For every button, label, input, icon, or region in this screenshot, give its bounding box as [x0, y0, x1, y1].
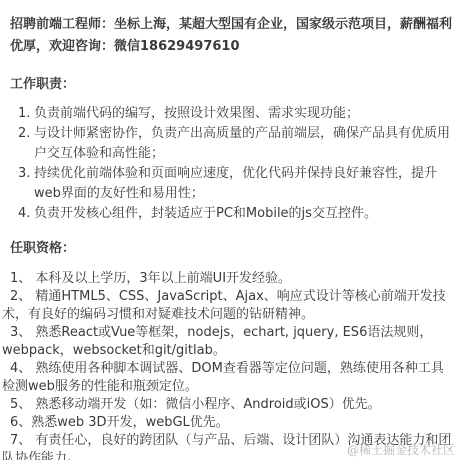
qualification-item: 6、熟悉web 3D开发，webGL优先。 — [2, 414, 452, 432]
duty-item-number: 2. — [18, 124, 34, 144]
duty-item-number: 3. — [18, 164, 34, 184]
job-posting-intro: 招聘前端工程师：坐标上海，某超大型国有企业，国家级示范项目，薪酬福利优厚，欢迎咨… — [10, 14, 452, 58]
duty-item: 2. 与设计师紧密协作，负责产出高质量的产品前端层，确保产品具有优质用户交互体验… — [18, 124, 452, 164]
section-heading-qualifications: 任职资格： — [10, 238, 452, 260]
duty-item-number: 4. — [18, 204, 34, 224]
job-posting-document: 招聘前端工程师：坐标上海，某超大型国有企业，国家级示范项目，薪酬福利优厚，欢迎咨… — [0, 0, 460, 460]
community-watermark: @稀土掘金技术社区 — [347, 443, 455, 457]
duty-item: 4. 负责开发核心组件，封装适应于PC和Mobile的js交互控件。 — [18, 204, 452, 224]
qualification-item: 2、 精通HTML5、CSS、JavaScript、Ajax、响应式设计等核心前… — [2, 288, 452, 324]
qualification-item: 4、 熟练使用各种脚本调试器、DOM查看器等定位问题，熟练使用各种工具检测web… — [2, 360, 452, 396]
duties-list: 1. 负责前端代码的编写，按照设计效果图、需求实现功能； 2. 与设计师紧密协作… — [10, 104, 452, 224]
duty-item: 3. 持续优化前端体验和页面响应速度，优化代码并保持良好兼容性，提升web界面的… — [18, 164, 452, 204]
qualification-item: 1、 本科及以上学历，3年以上前端UI开发经验。 — [2, 270, 452, 288]
duty-item-text: 负责前端代码的编写，按照设计效果图、需求实现功能； — [34, 104, 452, 124]
qualification-item: 5、 熟悉移动端开发（如：微信小程序、Android或iOS）优先。 — [2, 396, 452, 414]
job-posting-page: { "page": { "background": "#ffffff", "te… — [0, 0, 460, 460]
duty-item-number: 1. — [18, 104, 34, 124]
qualifications-list: 1、 本科及以上学历，3年以上前端UI开发经验。 2、 精通HTML5、CSS、… — [2, 270, 452, 460]
duty-item-text: 持续优化前端体验和页面响应速度，优化代码并保持良好兼容性，提升web界面的友好性… — [34, 164, 452, 204]
duty-item-text: 负责开发核心组件，封装适应于PC和Mobile的js交互控件。 — [34, 204, 452, 224]
section-heading-duties: 工作职责： — [10, 74, 452, 96]
duty-item-text: 与设计师紧密协作，负责产出高质量的产品前端层，确保产品具有优质用户交互体验和高性… — [34, 124, 452, 164]
duty-item: 1. 负责前端代码的编写，按照设计效果图、需求实现功能； — [18, 104, 452, 124]
qualification-item: 3、 熟悉React或Vue等框架，nodejs，echart, jquery,… — [2, 324, 452, 360]
